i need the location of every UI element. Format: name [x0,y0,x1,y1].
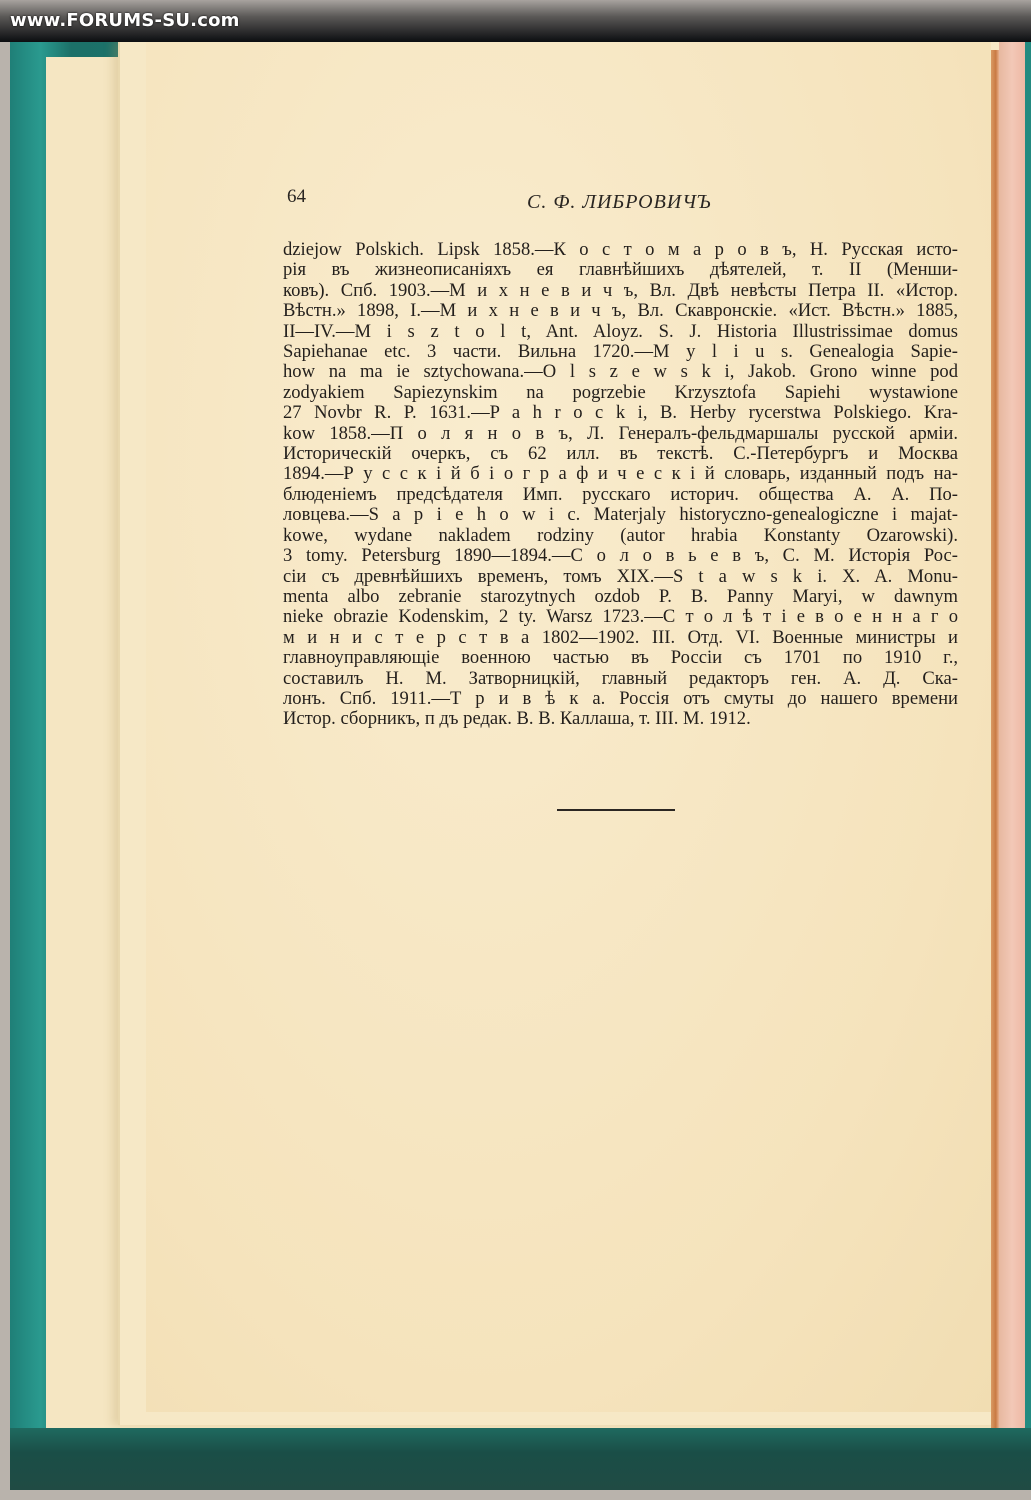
text-line: 3 tomy. Petersburg 1890—1894.—С о л о в … [283,546,958,566]
text-line: Вѣстн.» 1898, I.—М и х н е в и ч ъ, Вл. … [283,301,958,321]
text-line: ковъ). Спб. 1903.—М и х н е в и ч ъ, Вл.… [283,281,958,301]
page-edge [991,50,999,1450]
text-line: kow 1858.—П о л я н о в ъ, Л. Генералъ-ф… [283,424,958,444]
watermark: www.FORUMS-SU.com [10,10,240,31]
text-line: лонъ. Спб. 1911.—Т р и в ѣ к а. Россія о… [283,689,958,709]
text-line: рія въ жизнеописаніяхъ ея главнѣйшихъ дѣ… [283,260,958,280]
page-number: 64 [287,186,306,208]
text-line: zodyakiem Sapiezynskim na pogrzebie Krzy… [283,383,958,403]
text-line: ловцева.—S a p i e h o w i c. Materjaly … [283,505,958,525]
text-line: Истор. сборникъ, п дъ редак. В. В. Калла… [283,709,958,729]
text-line: 1894.—Р у с с к і й б і о г р а ф и ч е … [283,464,958,484]
text-line: menta albo zebranie starozytnych ozdob P… [283,587,958,607]
page-fore-edge [999,40,1025,1440]
text-line: how na ma ie sztychowana.—O l s z e w s … [283,362,958,382]
text-line: Историческій очеркъ, съ 62 илл. въ текст… [283,444,958,464]
text-line: составилъ Н. М. Затворницкій, главный ре… [283,669,958,689]
text-line: kowe, wydane nakladem rodziny (autor hra… [283,526,958,546]
section-rule [557,809,675,811]
body-text: dziejow Polskich. Lipsk 1858.—К о с т о … [283,240,958,730]
cover-bottom-edge [10,1428,1031,1490]
text-line: блюденіемъ предсѣдателя Имп. русскаго ис… [283,485,958,505]
running-head: С. Ф. ЛИБРОВИЧЪ [527,191,712,214]
text-line: главноуправляющіе военною частью въ Росс… [283,648,958,668]
text-line: сіи съ древнѣйшихъ временъ, томъ XIX.—S … [283,567,958,587]
text-line: II—IV.—M i s z t o l t, Ant. Aloyz. S. J… [283,322,958,342]
text-line: dziejow Polskich. Lipsk 1858.—К о с т о … [283,240,958,260]
text-line: nieke obrazie Kodenskim, 2 ty. Warsz 172… [283,607,958,627]
text-line: м и н и с т е р с т в а 1802—1902. III. … [283,628,958,648]
text-line: Sapiehanae etc. 3 части. Вильна 1720.—M … [283,342,958,362]
text-line: 27 Novbr R. P. 1631.—P a h r o c k i, B.… [283,403,958,423]
